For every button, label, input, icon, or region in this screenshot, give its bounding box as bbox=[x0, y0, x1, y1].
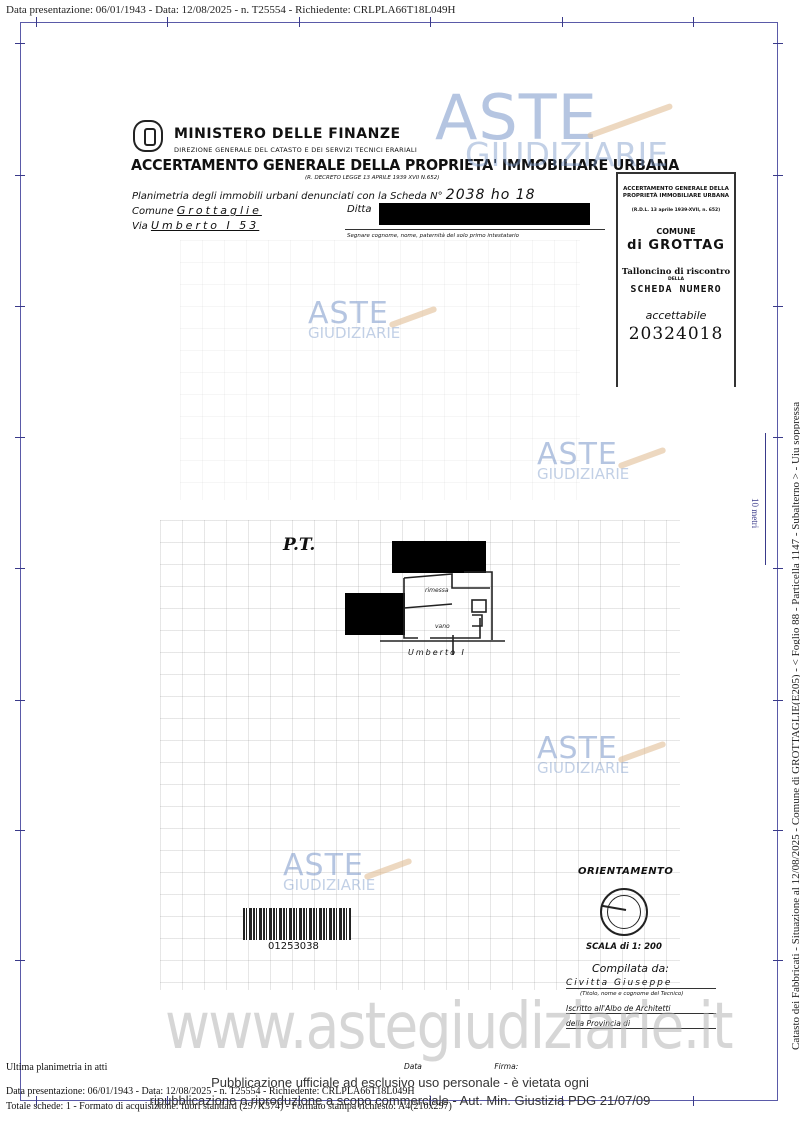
room-label: vano bbox=[435, 623, 450, 630]
scale-bar-label: 10 metri bbox=[750, 498, 760, 528]
watermark-logo: ASTE GIUDIZIARIE bbox=[435, 90, 668, 169]
tick bbox=[36, 17, 37, 27]
tick bbox=[773, 960, 783, 961]
room-label: rimessa bbox=[425, 587, 449, 594]
floor-plan-drawing: rimessa vano bbox=[340, 560, 540, 660]
comune-value: Grottaglie bbox=[177, 204, 262, 217]
tick bbox=[15, 306, 25, 307]
ditta-label: Ditta bbox=[347, 204, 371, 215]
floor-label: P.T. bbox=[283, 535, 315, 555]
side-cadastre-text: Catasto dei Fabbricati - Situazione al 1… bbox=[790, 402, 800, 1050]
orientation-label: ORIENTAMENTO bbox=[578, 866, 673, 877]
stamp-accettabile: accettabile bbox=[618, 309, 734, 322]
stamp-decree: (R.D.L. 13 aprile 1939-XVII, n. 652) bbox=[618, 208, 734, 213]
tick bbox=[773, 437, 783, 438]
tick bbox=[299, 17, 300, 27]
plan-label: Planimetria degli immobili urbani denunc… bbox=[132, 191, 443, 202]
watermark-site: www.astegiudiziarie.it bbox=[165, 990, 732, 1064]
tick bbox=[773, 830, 783, 831]
via-label: Via bbox=[132, 221, 148, 232]
plan-line: Planimetria degli immobili urbani denunc… bbox=[132, 187, 536, 203]
coat-of-arms-icon bbox=[133, 120, 163, 152]
stamp-scheda-numero: SCHEDA NUMERO bbox=[618, 284, 734, 295]
tick bbox=[430, 17, 431, 27]
direction-subtitle: DIREZIONE GENERALE DEL CATASTO E DEI SER… bbox=[174, 146, 417, 154]
decree-note: (R. DECRETO LEGGE 13 APRILE 1939 XVII N.… bbox=[305, 175, 439, 181]
tick bbox=[773, 175, 783, 176]
publication-notice-1: Pubblicazione ufficiale ad esclusivo uso… bbox=[0, 1075, 800, 1090]
scale-bar bbox=[765, 433, 766, 565]
tick bbox=[15, 175, 25, 176]
stamp-della: DELLA bbox=[618, 277, 734, 282]
tick bbox=[562, 17, 563, 27]
barcode bbox=[243, 908, 351, 940]
faint-grid bbox=[180, 240, 580, 500]
scale-label: SCALA di 1: 200 bbox=[586, 942, 662, 952]
barcode-number: 01253038 bbox=[268, 941, 319, 952]
redaction-box bbox=[379, 203, 590, 225]
tick bbox=[773, 700, 783, 701]
tick bbox=[773, 306, 783, 307]
stamp-talloncino: Talloncino di riscontro bbox=[618, 267, 734, 277]
ditta-note: Segnare cognome, nome, paternità del sol… bbox=[347, 233, 519, 239]
watermark-logo: ASTE GIUDIZIARIE bbox=[537, 735, 629, 776]
watermark-logo: ASTE GIUDIZIARIE bbox=[283, 852, 375, 893]
tick bbox=[167, 17, 168, 27]
publication-notice-2: ripubblicazione o riproduzione a scopo c… bbox=[0, 1093, 800, 1108]
tick bbox=[773, 43, 783, 44]
stamp-number: 20324018 bbox=[618, 324, 734, 344]
tick bbox=[15, 568, 25, 569]
via-value: Umberto I 53 bbox=[151, 219, 259, 232]
compass-icon bbox=[600, 888, 648, 936]
receipt-stamp: ACCERTAMENTO GENERALE DELLA PROPRIETÀ IM… bbox=[616, 172, 736, 387]
ditta-underline bbox=[345, 229, 605, 230]
tick bbox=[15, 700, 25, 701]
watermark-logo: ASTE GIUDIZIARIE bbox=[308, 300, 400, 341]
tick bbox=[15, 830, 25, 831]
watermark-logo: ASTE GIUDIZIARIE bbox=[537, 441, 629, 482]
last-plan-note: Ultima planimetria in atti bbox=[6, 1062, 107, 1073]
tick bbox=[15, 437, 25, 438]
stamp-comune-value: di GROTTAG bbox=[618, 238, 734, 253]
compiled-by-label: Compilata da: bbox=[592, 962, 669, 975]
header-line: Data presentazione: 06/01/1943 - Data: 1… bbox=[6, 4, 456, 16]
street-label: Umberto I bbox=[408, 648, 466, 657]
tick bbox=[773, 568, 783, 569]
tick bbox=[693, 17, 694, 27]
technician-name: Civitta Giuseppe bbox=[566, 978, 716, 989]
scheda-number: 2038 ho 18 bbox=[446, 187, 536, 203]
ministry-title: MINISTERO DELLE FINANZE bbox=[174, 126, 401, 142]
comune-label: Comune bbox=[132, 206, 174, 217]
stamp-comune-label: COMUNE bbox=[618, 227, 734, 236]
tick bbox=[15, 43, 25, 44]
via-line: Via Umberto I 53 bbox=[132, 219, 259, 232]
tick bbox=[15, 960, 25, 961]
comune-line: Comune Grottaglie bbox=[132, 204, 262, 217]
stamp-heading: ACCERTAMENTO GENERALE DELLA PROPRIETÀ IM… bbox=[618, 186, 734, 200]
